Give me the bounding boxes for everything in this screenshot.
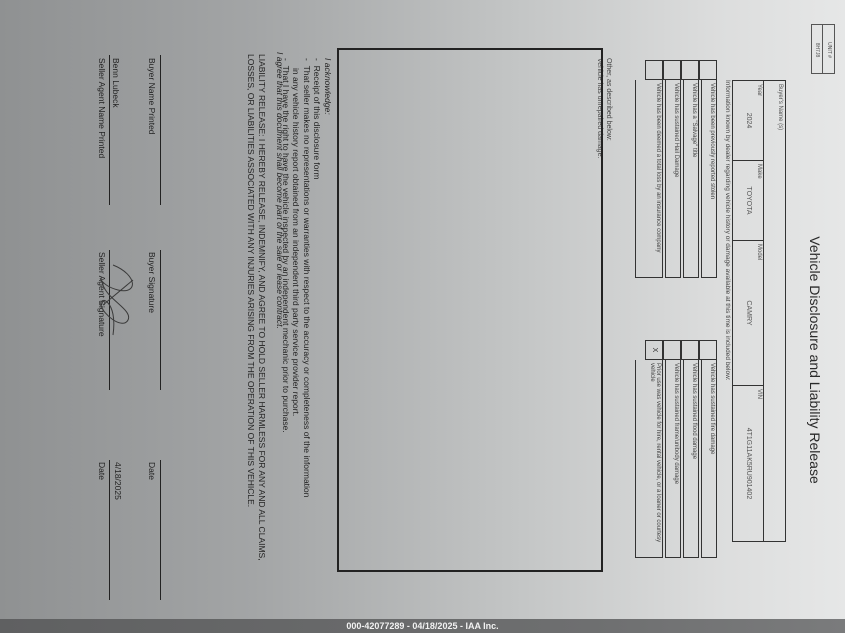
acknowledgement-section: I acknowledge: - Receipt of this disclos… bbox=[281, 58, 334, 497]
checkbox-prior-use[interactable]: X bbox=[645, 340, 663, 360]
buyer-signature-label: Buyer Signature bbox=[147, 252, 157, 313]
checklist-item: Vehicle has been deemed a total loss by … bbox=[633, 60, 663, 278]
checklist-item: Vehicle has a "Salvage" title bbox=[681, 60, 699, 278]
checklist-label: Vehicle has been previously reported sto… bbox=[701, 80, 717, 278]
make-value: TOYOTA bbox=[745, 164, 752, 237]
year-cell: Year 2024 bbox=[733, 81, 763, 161]
model-cell: Model CAMRY bbox=[733, 241, 763, 386]
checklist-label: Vehicle has sustained fire damage bbox=[701, 360, 717, 558]
seller-name-value: Benn Lubeck bbox=[111, 58, 121, 108]
checkbox-fire[interactable] bbox=[699, 340, 717, 360]
model-label: Model bbox=[756, 244, 762, 382]
image-caption-bar: 000-42077289 - 04/18/2025 - IAA Inc. bbox=[0, 619, 845, 633]
make-label: Make bbox=[756, 164, 762, 237]
buyer-name-printed-label: Buyer Name Printed bbox=[147, 58, 157, 135]
seller-date-label: Date bbox=[97, 462, 107, 480]
model-value: CAMRY bbox=[745, 244, 752, 382]
liability-line-2: LOSSES, OR LIABILITIES ASSOCIATED WITH A… bbox=[246, 54, 257, 614]
buyer-name-field: Buyer's Name (s) bbox=[763, 81, 785, 541]
seller-name-label: Seller Agent Name Printed bbox=[97, 58, 107, 158]
checklist-label: Vehicle has sustained Hail Damage bbox=[665, 80, 681, 278]
checklist-right: Vehicle has sustained fire damage Vehicl… bbox=[633, 340, 717, 558]
handwritten-signature-icon bbox=[93, 260, 143, 340]
vin-value: 4T1G11AK5RU901402 bbox=[745, 389, 752, 538]
unit-label: UNIT # bbox=[822, 25, 834, 73]
disclosure-document: UNIT # 8H7J8 Vehicle Disclosure and Liab… bbox=[13, 0, 843, 600]
liability-line-1: LIABILITY RELEASE: I HEREBY RELEASE, IND… bbox=[257, 54, 268, 614]
checklist-item: X Prior use was vehicle for hire, rental… bbox=[633, 340, 663, 558]
make-cell: Make TOYOTA bbox=[733, 161, 763, 241]
checkbox-hail[interactable] bbox=[663, 60, 681, 80]
checkbox-salvage[interactable] bbox=[681, 60, 699, 80]
checkbox-total-loss[interactable] bbox=[645, 60, 663, 80]
checklist-item: Vehicle has sustained Hail Damage bbox=[663, 60, 681, 278]
acknowledge-item-continued: in any vehicle history report obtained f… bbox=[291, 58, 302, 497]
checklist-label: Vehicle has sustained frame/unibody dama… bbox=[665, 360, 681, 558]
buyer-name-label: Buyer's Name (s) bbox=[777, 84, 783, 130]
checklist-label: Vehicle has been deemed a total loss by … bbox=[635, 80, 663, 278]
vin-cell: VIN 4T1G11AK5RU901402 bbox=[733, 386, 763, 541]
checklist-item: Vehicle has sustained flood damage bbox=[681, 340, 699, 558]
checklist-label: Vehicle has a "Salvage" title bbox=[683, 80, 699, 278]
vehicle-info-table: Buyer's Name (s) Year 2024 Make TOYOTA M… bbox=[732, 80, 786, 542]
acknowledge-item: - Receipt of this disclosure form bbox=[312, 58, 323, 497]
checklist-item: Vehicle has been previously reported sto… bbox=[699, 60, 717, 278]
acknowledge-heading: I acknowledge: bbox=[323, 58, 334, 497]
year-label: Year bbox=[756, 84, 762, 157]
unit-number-box: UNIT # 8H7J8 bbox=[811, 24, 835, 74]
acknowledge-item: - That seller makes no representations o… bbox=[302, 58, 313, 497]
checklist-left: Vehicle has been previously reported sto… bbox=[633, 60, 717, 278]
checklist-item: Vehicle has sustained frame/unibody dama… bbox=[663, 340, 681, 558]
buyer-date-label: Date bbox=[147, 462, 157, 480]
agree-statement: I agree that this document shall become … bbox=[275, 52, 285, 329]
checklist-label: Vehicle has sustained flood damage bbox=[683, 360, 699, 558]
checklist-label: Prior use was vehicle for hire, rental v… bbox=[635, 360, 663, 558]
vin-label: VIN bbox=[756, 389, 762, 538]
info-statement: Information known by dealer regarding ve… bbox=[724, 80, 731, 381]
year-value: 2024 bbox=[745, 84, 752, 157]
other-label: Other, as described below: bbox=[604, 58, 613, 158]
checklist-item: Vehicle has sustained fire damage bbox=[699, 340, 717, 558]
liability-release: LIABILITY RELEASE: I HEREBY RELEASE, IND… bbox=[246, 54, 267, 614]
buyer-signature-line[interactable] bbox=[160, 250, 161, 390]
checkbox-flood[interactable] bbox=[681, 340, 699, 360]
seller-date-value: 4/18/2025 bbox=[113, 462, 123, 500]
document-title: Vehicle Disclosure and Liability Release bbox=[807, 200, 823, 520]
seller-date-line[interactable] bbox=[109, 460, 110, 600]
checkbox-frame[interactable] bbox=[663, 340, 681, 360]
seller-name-line bbox=[109, 55, 110, 205]
buyer-name-line bbox=[160, 55, 161, 205]
buyer-date-line[interactable] bbox=[160, 460, 161, 600]
other-description-box bbox=[337, 48, 603, 572]
unit-value: 8H7J8 bbox=[811, 25, 822, 73]
checkbox-stolen[interactable] bbox=[699, 60, 717, 80]
